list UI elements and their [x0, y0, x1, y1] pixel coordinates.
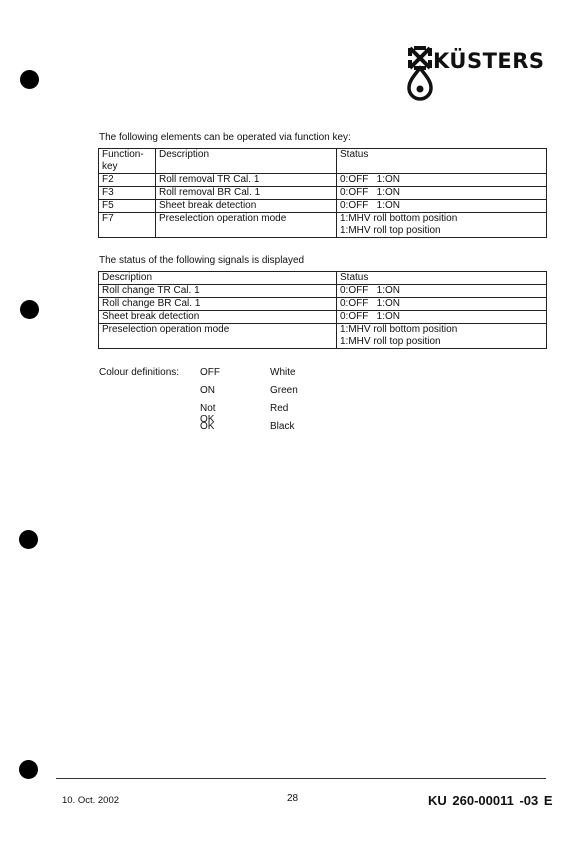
table-row: F5 Sheet break detection 0:OFF 1:ON: [99, 200, 547, 213]
description-cell: Sheet break detection: [156, 200, 337, 213]
footer-divider: [56, 778, 546, 779]
status-cell: 1:MHV roll bottom position 1:MHV roll to…: [337, 324, 547, 349]
punch-hole: [19, 530, 38, 549]
table-header-row: Function- key Description Status: [99, 149, 547, 174]
function-key-cell: F3: [99, 187, 156, 200]
punch-hole: [19, 760, 38, 779]
status-cell: 0:OFF 1:ON: [337, 187, 547, 200]
state-name: OK: [200, 421, 214, 432]
status-cell: 0:OFF 1:ON: [337, 174, 547, 187]
status-cell: 0:OFF 1:ON: [337, 285, 547, 298]
colour-name: Green: [270, 385, 298, 396]
description-cell: Sheet break detection: [99, 311, 337, 324]
signal-status-table: Description Status Roll change TR Cal. 1…: [98, 271, 547, 349]
colour-name: Black: [270, 421, 294, 432]
description-cell: Roll removal TR Cal. 1: [156, 174, 337, 187]
function-key-cell: F7: [99, 213, 156, 238]
table-row: F2 Roll removal TR Cal. 1 0:OFF 1:ON: [99, 174, 547, 187]
brand-name: KÜSTERS: [433, 49, 545, 73]
column-header-status: Status: [337, 149, 547, 174]
table-header-row: Description Status: [99, 272, 547, 285]
description-cell: Roll change BR Cal. 1: [99, 298, 337, 311]
status-cell: 0:OFF 1:ON: [337, 200, 547, 213]
column-header-function-key: Function- key: [99, 149, 156, 174]
table-row: Roll change TR Cal. 1 0:OFF 1:ON: [99, 285, 547, 298]
status-cell: 0:OFF 1:ON: [337, 311, 547, 324]
page-number: 28: [287, 793, 298, 804]
kusters-knot-logo-icon: [406, 44, 434, 102]
function-key-intro: The following elements can be operated v…: [99, 132, 351, 143]
table-row: Sheet break detection 0:OFF 1:ON: [99, 311, 547, 324]
table-row: F3 Roll removal BR Cal. 1 0:OFF 1:ON: [99, 187, 547, 200]
column-header-description: Description: [99, 272, 337, 285]
colour-name: Red: [270, 403, 288, 414]
state-name: ON: [200, 385, 215, 396]
description-cell: Preselection operation mode: [156, 213, 337, 238]
signal-status-intro: The status of the following signals is d…: [99, 255, 304, 266]
description-cell: Roll removal BR Cal. 1: [156, 187, 337, 200]
state-name: OFF: [200, 367, 220, 378]
description-cell: Roll change TR Cal. 1: [99, 285, 337, 298]
status-cell: 0:OFF 1:ON: [337, 298, 547, 311]
table-row: Preselection operation mode 1:MHV roll b…: [99, 324, 547, 349]
colour-definitions-label: Colour definitions:: [99, 367, 179, 378]
function-key-cell: F2: [99, 174, 156, 187]
punch-hole: [20, 300, 39, 319]
description-cell: Preselection operation mode: [99, 324, 337, 349]
function-key-cell: F5: [99, 200, 156, 213]
table-row: F7 Preselection operation mode 1:MHV rol…: [99, 213, 547, 238]
function-key-table: Function- key Description Status F2 Roll…: [98, 148, 547, 238]
punch-hole: [20, 70, 39, 89]
document-number: KU 260-00011 -03 E: [428, 793, 553, 808]
column-header-description: Description: [156, 149, 337, 174]
column-header-status: Status: [337, 272, 547, 285]
colour-name: White: [270, 367, 296, 378]
footer-date: 10. Oct. 2002: [62, 795, 119, 806]
brand-logo: KÜSTERS: [406, 44, 556, 102]
status-cell: 1:MHV roll bottom position 1:MHV roll to…: [337, 213, 547, 238]
table-row: Roll change BR Cal. 1 0:OFF 1:ON: [99, 298, 547, 311]
